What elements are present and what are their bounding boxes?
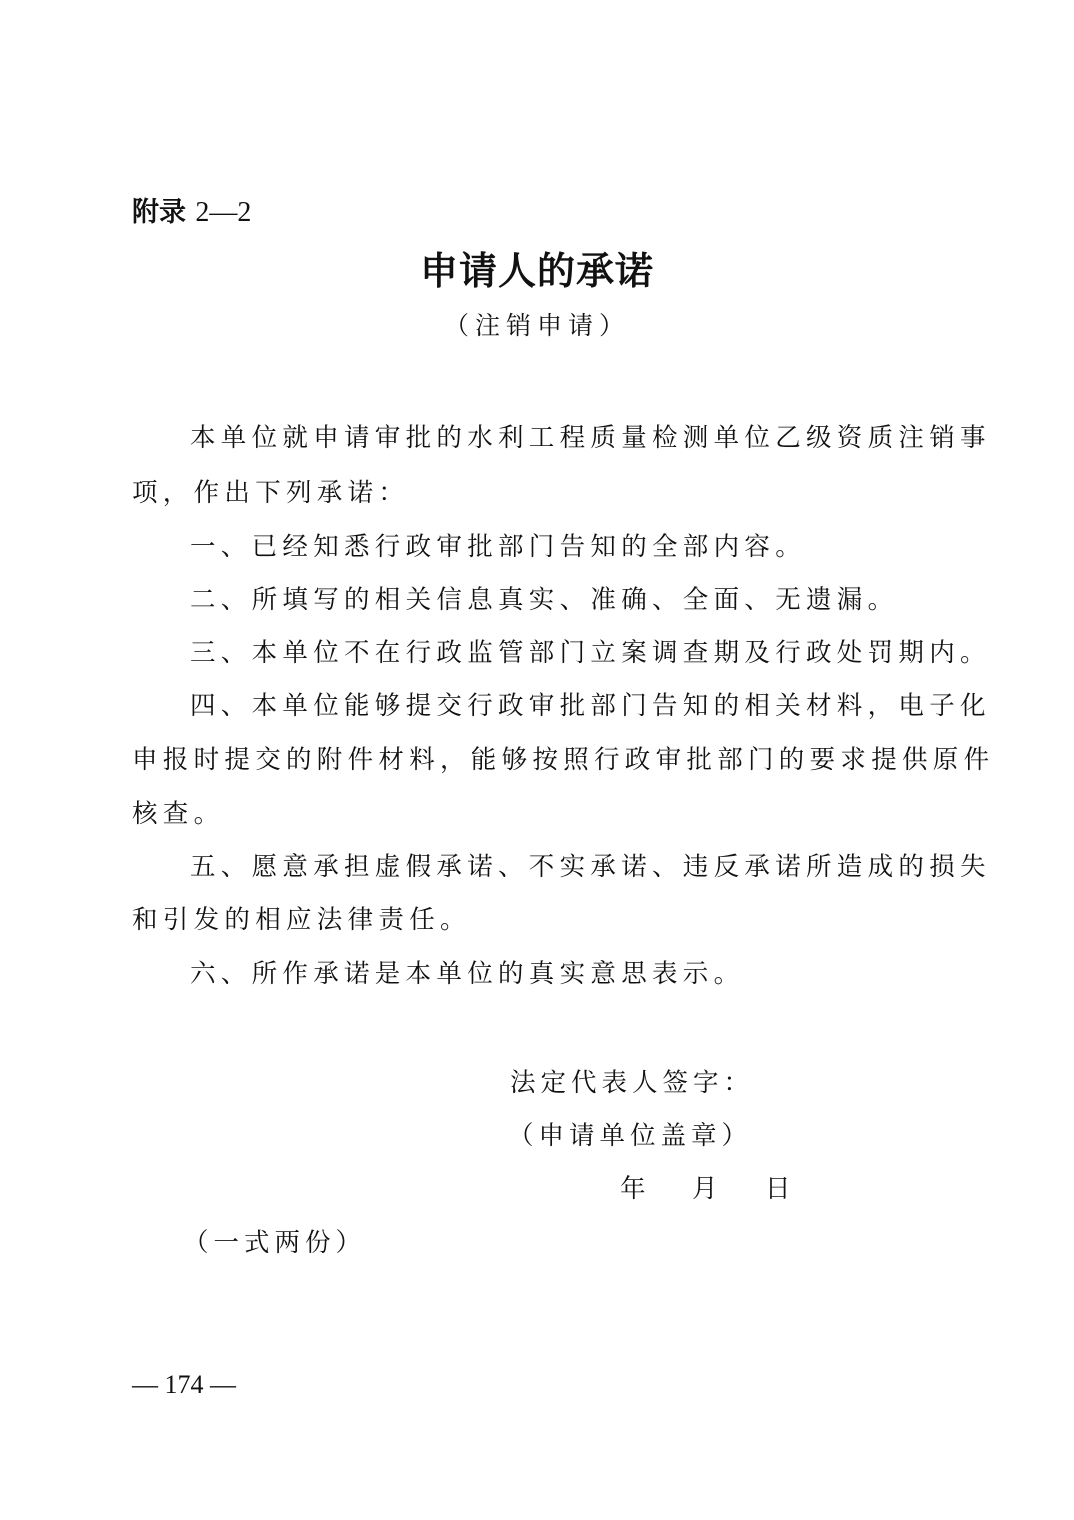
commitment-3: 三、本单位不在行政监管部门立案调查期及行政处罚期内。 (190, 633, 991, 669)
appendix-label: 附录 2—2 (132, 190, 251, 229)
commitment-2: 二、所填写的相关信息真实、准确、全面、无遗漏。 (190, 580, 898, 616)
commitment-5-line-1: 五、愿意承担虚假承诺、不实承诺、违反承诺所造成的损失 (190, 847, 991, 883)
page-title: 申请人的承诺 (0, 240, 1074, 295)
applicant-seal-label: （申请单位盖章） (508, 1116, 752, 1152)
page-subtitle: （注销申请） (0, 306, 1074, 342)
commitment-1: 一、已经知悉行政审批部门告知的全部内容。 (190, 527, 806, 563)
commitment-4-line-2: 申报时提交的附件材料，能够按照行政审批部门的要求提供原件 (132, 740, 994, 776)
copies-note: （一式两份） (183, 1223, 366, 1259)
legal-representative-signature-label: 法定代表人签字： (510, 1063, 754, 1099)
page-number: — 174 — (132, 1370, 236, 1400)
commitment-5-line-2: 和引发的相应法律责任。 (132, 900, 471, 936)
date-month-label: 月 (692, 1169, 723, 1205)
paragraph-intro-line-1: 本单位就申请审批的水利工程质量检测单位乙级资质注销事 (190, 418, 991, 454)
commitment-6: 六、所作承诺是本单位的真实意思表示。 (190, 954, 744, 990)
commitment-4-line-1: 四、本单位能够提交行政审批部门告知的相关材料，电子化 (190, 686, 991, 722)
paragraph-intro-line-2: 项，作出下列承诺： (132, 473, 409, 509)
date-day-label: 日 (765, 1169, 796, 1205)
appendix-label-text: 附录 (132, 197, 186, 228)
appendix-number: 2—2 (195, 197, 251, 228)
commitment-4-line-3: 核查。 (132, 794, 224, 830)
date-year-label: 年 (620, 1169, 651, 1205)
